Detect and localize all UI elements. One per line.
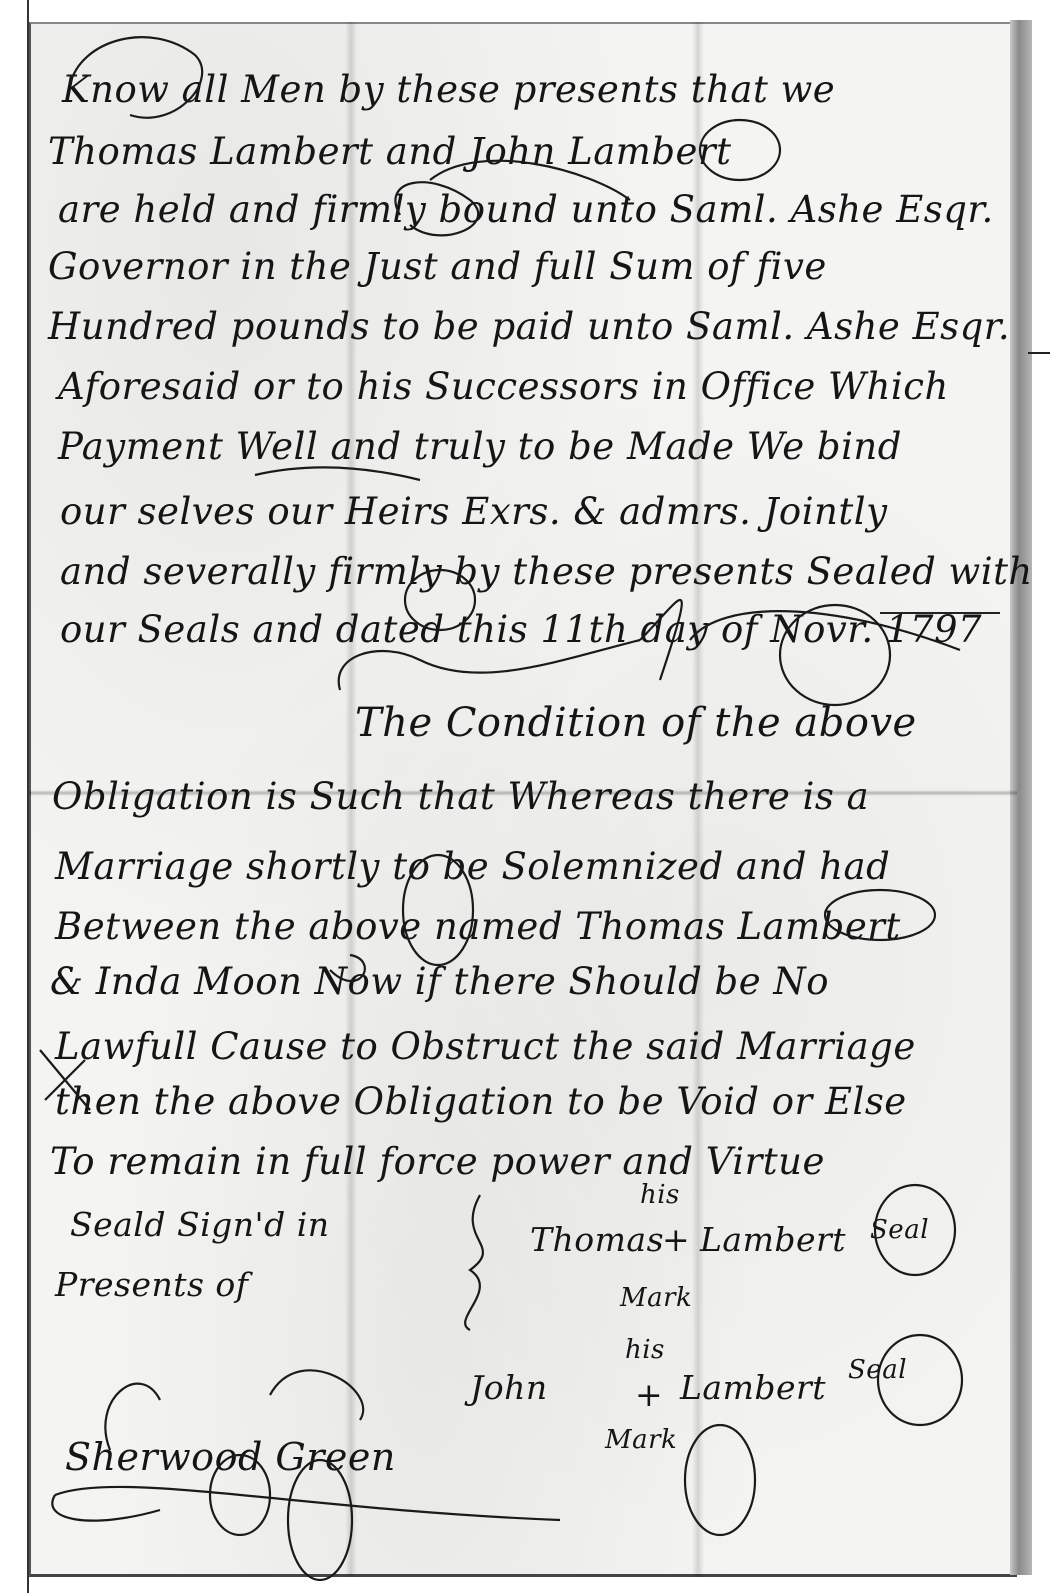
bond-line-7: Payment Well and truly to be Made We bin… [58, 425, 902, 468]
condition-line-2: Marriage shortly to be Solemnized and ha… [55, 845, 890, 888]
scan-margin-mark [1028, 352, 1050, 354]
condition-line-1: Obligation is Such that Whereas there is… [52, 775, 869, 818]
bond-line-2: Thomas Lambert and John Lambert [48, 130, 732, 173]
signature-1-mark: + [662, 1220, 690, 1259]
signature-1-mark-label: Mark [620, 1283, 692, 1313]
bond-line-10: our Seals and dated this 11th day of Nov… [60, 608, 982, 651]
signature-2-mark: + [635, 1375, 663, 1414]
witness-signature: Sherwood Green [65, 1435, 396, 1479]
signature-2-surname: Lambert [680, 1368, 826, 1407]
condition-line-4: & Inda Moon Now if there Should be No [50, 960, 829, 1003]
condition-line-3: Between the above named Thomas Lambert [55, 905, 901, 948]
signature-2-seal: Seal [848, 1355, 907, 1385]
signature-2-name: John [470, 1368, 548, 1407]
signature-1-name: Thomas [530, 1220, 664, 1259]
condition-line-5: Lawfull Cause to Obstruct the said Marri… [55, 1025, 916, 1068]
document-scan: Know all Men by these presents that we T… [0, 0, 1050, 1593]
signature-1-surname: Lambert [700, 1220, 846, 1259]
bond-line-1: Know all Men by these presents that we [62, 68, 835, 111]
attestation-line-2: Presents of [55, 1265, 249, 1304]
bond-line-9: and severally firmly by these presents S… [60, 550, 1033, 593]
condition-line-7: To remain in full force power and Virtue [50, 1140, 825, 1183]
signature-1-seal: Seal [870, 1215, 929, 1245]
signature-2-prefix: his [625, 1335, 665, 1365]
condition-line-6: then the above Obligation to be Void or … [55, 1080, 907, 1123]
signature-1-prefix: his [640, 1180, 680, 1210]
bond-line-8: our selves our Heirs Exrs. & admrs. Join… [60, 490, 887, 533]
date-underline [880, 612, 1000, 614]
condition-heading: The Condition of the above [355, 700, 917, 746]
bond-line-4: Governor in the Just and full Sum of fiv… [48, 245, 827, 288]
bond-line-6: Aforesaid or to his Successors in Office… [58, 365, 949, 408]
page-fold-shadow [1010, 20, 1032, 1575]
attestation-line-1: Seald Sign'd in [70, 1205, 330, 1244]
signature-2-mark-label: Mark [605, 1425, 677, 1455]
bond-line-5: Hundred pounds to be paid unto Saml. Ash… [48, 305, 1010, 348]
bond-line-3: are held and firmly bound unto Saml. Ash… [58, 188, 994, 231]
